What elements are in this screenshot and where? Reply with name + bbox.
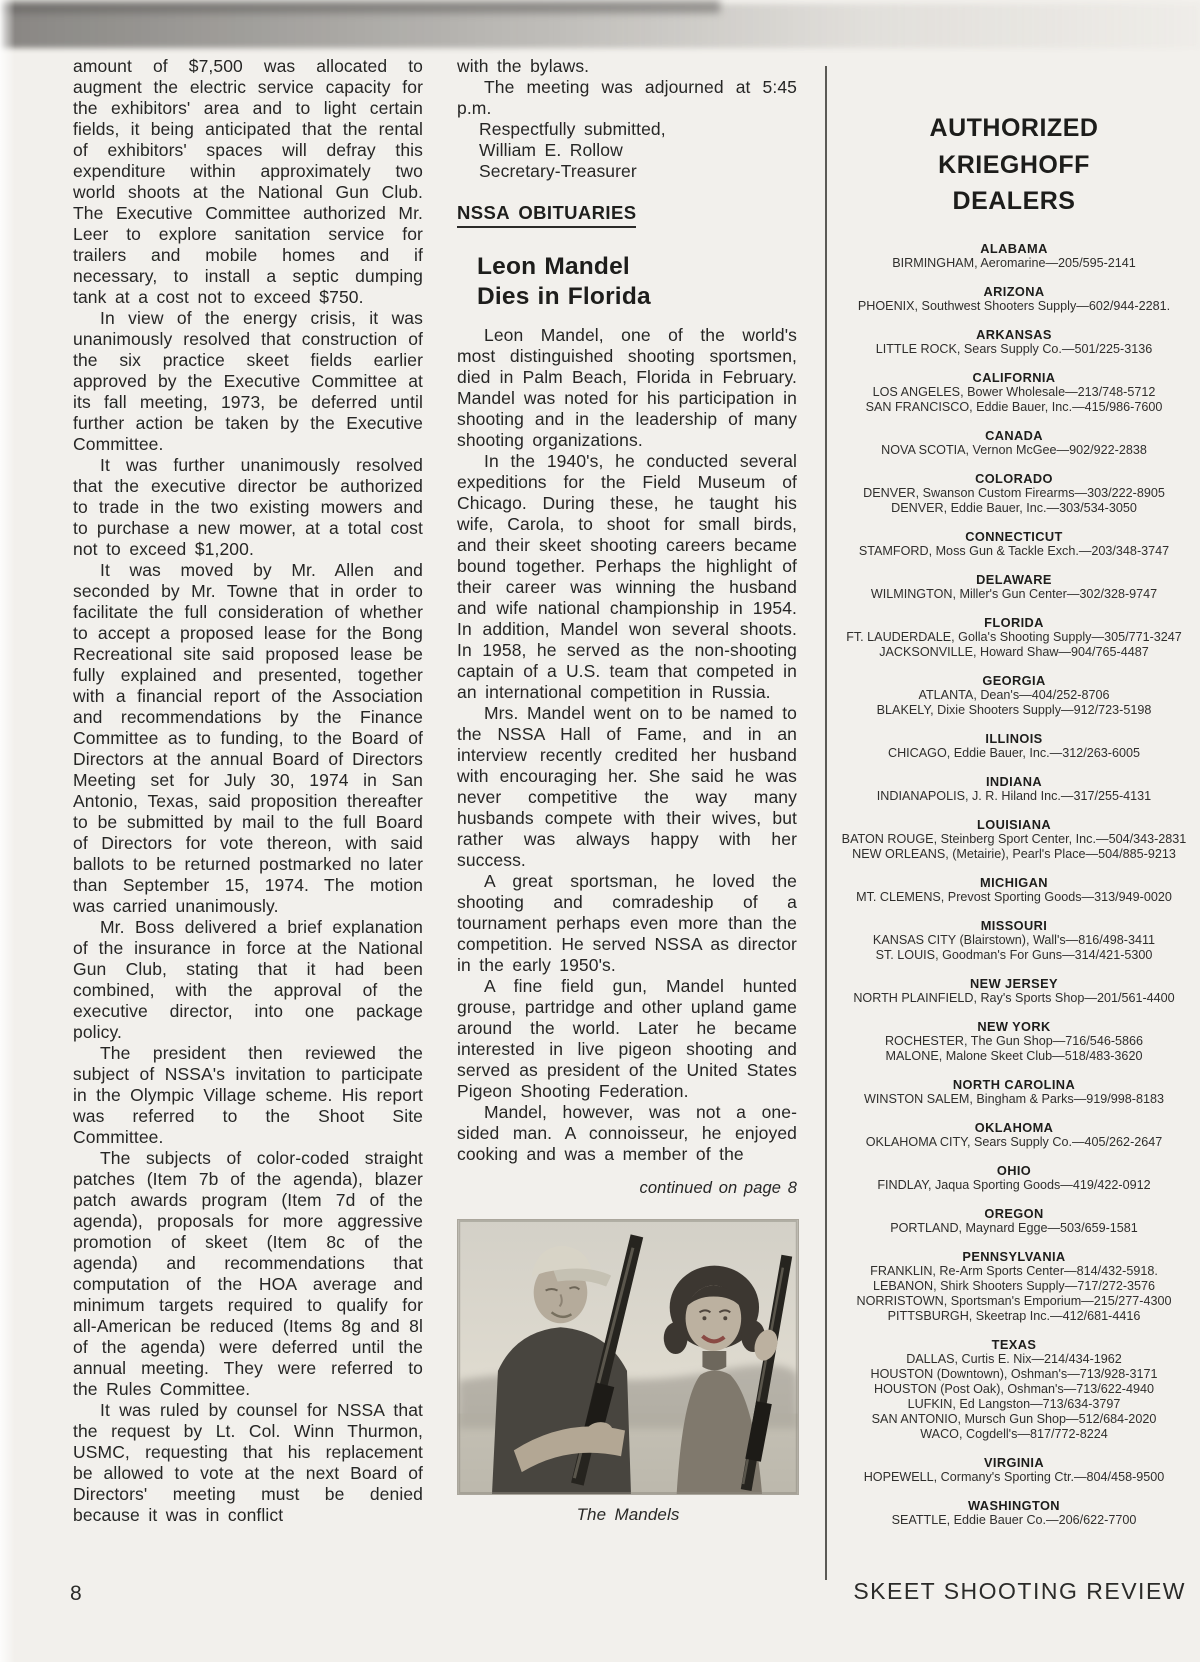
dealer-state-block: COLORADODENVER, Swanson Custom Firearms—… (836, 471, 1192, 516)
paragraph: A fine field gun, Mandel hunted grouse, … (457, 976, 797, 1102)
dealer-state-name: WASHINGTON (836, 1498, 1192, 1513)
dealer-entry: ROCHESTER, The Gun Shop—716/546-5866 (836, 1034, 1192, 1049)
dealer-entry: WACO, Cogdell's—817/772-8224 (836, 1427, 1192, 1442)
paragraph: Secretary-Treasurer (457, 161, 797, 182)
dealer-state-block: OHIOFINDLAY, Jaqua Sporting Goods—419/42… (836, 1163, 1192, 1193)
paragraph: In view of the energy crisis, it was una… (73, 308, 423, 455)
dealer-state-name: NEW JERSEY (836, 976, 1192, 991)
signature-block: Respectfully submitted,William E. Rollow… (457, 119, 797, 182)
dealer-state-block: FLORIDAFT. LAUDERDALE, Golla's Shooting … (836, 615, 1192, 660)
dealer-state-block: INDIANAINDIANAPOLIS, J. R. Hiland Inc.—3… (836, 774, 1192, 804)
dealer-state-block: LOUISIANABATON ROUGE, Steinberg Sport Ce… (836, 817, 1192, 862)
section-header-nssa-obituaries: NSSA OBITUARIES (457, 202, 797, 228)
dealer-state-name: ILLINOIS (836, 731, 1192, 746)
section-header-label: NSSA OBITUARIES (457, 202, 636, 228)
dealer-entry: JACKSONVILLE, Howard Shaw—904/765-4487 (836, 645, 1192, 660)
dealer-entry: BIRMINGHAM, Aeromarine—205/595-2141 (836, 256, 1192, 271)
photo-the-mandels: The Mandels (457, 1219, 799, 1525)
dealer-state-block: ILLINOISCHICAGO, Eddie Bauer, Inc.—312/2… (836, 731, 1192, 761)
dealer-state-block: MISSOURIKANSAS CITY (Blairstown), Wall's… (836, 918, 1192, 963)
paragraph: It was ruled by counsel for NSSA that th… (73, 1400, 423, 1526)
dealer-state-block: OKLAHOMAOKLAHOMA CITY, Sears Supply Co.—… (836, 1120, 1192, 1150)
dealer-state-block: MICHIGANMT. CLEMENS, Prevost Sporting Go… (836, 875, 1192, 905)
dealer-state-block: CALIFORNIALOS ANGELES, Bower Wholesale—2… (836, 370, 1192, 415)
dealer-entry: HOPEWELL, Cormany's Sporting Ctr.—804/45… (836, 1470, 1192, 1485)
paragraph: It was further unanimously resolved that… (73, 455, 423, 560)
dealer-entry: SAN FRANCISCO, Eddie Bauer, Inc.—415/986… (836, 400, 1192, 415)
dealer-state-name: GEORGIA (836, 673, 1192, 688)
paragraph: Leon Mandel, one of the world's most dis… (457, 325, 797, 451)
dealer-state-block: ALABAMABIRMINGHAM, Aeromarine—205/595-21… (836, 241, 1192, 271)
dealer-state-name: ALABAMA (836, 241, 1192, 256)
dealer-entry: LOS ANGELES, Bower Wholesale—213/748-571… (836, 385, 1192, 400)
dealer-state-name: CONNECTICUT (836, 529, 1192, 544)
dealer-entry: ST. LOUIS, Goodman's For Guns—314/421-53… (836, 948, 1192, 963)
continued-on-page-note: continued on page 8 (457, 1178, 797, 1199)
dealer-state-name: VIRGINIA (836, 1455, 1192, 1470)
dealer-state-name: DELAWARE (836, 572, 1192, 587)
photo-illustration (458, 1220, 798, 1494)
dealer-entry: DALLAS, Curtis E. Nix—214/434-1962 (836, 1352, 1192, 1367)
paragraph: amount of $7,500 was allocated to augmen… (73, 56, 423, 308)
dealer-entry: PHOENIX, Southwest Shooters Supply—602/9… (836, 299, 1192, 314)
dealer-state-name: LOUISIANA (836, 817, 1192, 832)
dealer-state-name: CANADA (836, 428, 1192, 443)
dealer-entry: NORTH PLAINFIELD, Ray's Sports Shop—201/… (836, 991, 1192, 1006)
dealer-entry: ATLANTA, Dean's—404/252-8706 (836, 688, 1192, 703)
dealer-entry: KANSAS CITY (Blairstown), Wall's—816/498… (836, 933, 1192, 948)
dealer-entry: FINDLAY, Jaqua Sporting Goods—419/422-09… (836, 1178, 1192, 1193)
middle-column: with the bylaws.The meeting was adjourne… (457, 56, 797, 1525)
dealer-entry: STAMFORD, Moss Gun & Tackle Exch.—203/34… (836, 544, 1192, 559)
photo-image (457, 1219, 799, 1495)
paragraph: The president then reviewed the subject … (73, 1043, 423, 1148)
dealer-state-name: CALIFORNIA (836, 370, 1192, 385)
dealer-list: ALABAMABIRMINGHAM, Aeromarine—205/595-21… (836, 241, 1192, 1528)
dealer-entry: PITTSBURGH, Skeetrap Inc.—412/681-4416 (836, 1309, 1192, 1324)
headline-line-2: Dies in Florida (477, 283, 651, 310)
dealer-state-name: ARIZONA (836, 284, 1192, 299)
dealer-state-block: PENNSYLVANIAFRANKLIN, Re-Arm Sports Cent… (836, 1249, 1192, 1324)
dealer-state-block: DELAWAREWILMINGTON, Miller's Gun Center—… (836, 572, 1192, 602)
dealers-column: AUTHORIZED KRIEGHOFF DEALERS ALABAMABIRM… (836, 110, 1192, 1541)
paragraph: Mrs. Mandel went on to be named to the N… (457, 703, 797, 871)
dealer-entry: LITTLE ROCK, Sears Supply Co.—501/225-31… (836, 342, 1192, 357)
paragraph: p.m. (457, 98, 797, 119)
article-headline: Leon Mandel Dies in Florida (477, 252, 797, 312)
magazine-title-footer: SKEET SHOOTING REVIEW (853, 1578, 1186, 1605)
dealer-entry: MALONE, Malone Skeet Club—518/483-3620 (836, 1049, 1192, 1064)
dealer-entry: NOVA SCOTIA, Vernon McGee—902/922-2838 (836, 443, 1192, 458)
paragraph: Mr. Boss delivered a brief explanation o… (73, 917, 423, 1043)
dealer-state-name: MISSOURI (836, 918, 1192, 933)
dealer-entry: PORTLAND, Maynard Egge—503/659-1581 (836, 1221, 1192, 1236)
dealer-state-name: OREGON (836, 1206, 1192, 1221)
dealer-state-block: TEXASDALLAS, Curtis E. Nix—214/434-1962H… (836, 1337, 1192, 1442)
obituary-article-body: Leon Mandel, one of the world's most dis… (457, 325, 797, 1165)
dealer-state-name: ARKANSAS (836, 327, 1192, 342)
dealer-entry: FRANKLIN, Re-Arm Sports Center—814/432-5… (836, 1264, 1192, 1279)
dealer-entry: CHICAGO, Eddie Bauer, Inc.—312/263-6005 (836, 746, 1192, 761)
paragraph: In the 1940's, he conducted several expe… (457, 451, 797, 703)
dealer-state-name: FLORIDA (836, 615, 1192, 630)
paragraph: The subjects of color-coded straight pat… (73, 1148, 423, 1400)
page-number: 8 (70, 1582, 82, 1606)
dealer-entry: HOUSTON (Post Oak), Oshman's—713/622-494… (836, 1382, 1192, 1397)
dealer-entry: SEATTLE, Eddie Bauer Co.—206/622-7700 (836, 1513, 1192, 1528)
dealer-entry: SAN ANTONIO, Mursch Gun Shop—512/684-202… (836, 1412, 1192, 1427)
dealers-title-line-2: KRIEGHOFF (836, 147, 1192, 184)
dealer-state-name: PENNSYLVANIA (836, 1249, 1192, 1264)
dealer-entry: NEW ORLEANS, (Metairie), Pearl's Place—5… (836, 847, 1192, 862)
dealer-state-block: CANADANOVA SCOTIA, Vernon McGee—902/922-… (836, 428, 1192, 458)
dealer-state-name: TEXAS (836, 1337, 1192, 1352)
dealer-state-block: ARIZONAPHOENIX, Southwest Shooters Suppl… (836, 284, 1192, 314)
dealer-entry: MT. CLEMENS, Prevost Sporting Goods—313/… (836, 890, 1192, 905)
dealer-entry: INDIANAPOLIS, J. R. Hiland Inc.—317/255-… (836, 789, 1192, 804)
dealer-state-block: NEW JERSEYNORTH PLAINFIELD, Ray's Sports… (836, 976, 1192, 1006)
dealer-entry: WILMINGTON, Miller's Gun Center—302/328-… (836, 587, 1192, 602)
paragraph: Mandel, however, was not a one-sided man… (457, 1102, 797, 1165)
dealer-entry: BLAKELY, Dixie Shooters Supply—912/723-5… (836, 703, 1192, 718)
dealer-state-name: OKLAHOMA (836, 1120, 1192, 1135)
dealer-state-block: NORTH CAROLINAWINSTON SALEM, Bingham & P… (836, 1077, 1192, 1107)
dealer-entry: DENVER, Eddie Bauer, Inc.—303/534-3050 (836, 501, 1192, 516)
column-divider-rule (825, 66, 827, 1580)
left-column-meeting-minutes: amount of $7,500 was allocated to augmen… (73, 56, 423, 1526)
magazine-page: amount of $7,500 was allocated to augmen… (0, 0, 1200, 1662)
dealer-entry: OKLAHOMA CITY, Sears Supply Co.—405/262-… (836, 1135, 1192, 1150)
headline-line-1: Leon Mandel (477, 253, 630, 280)
paragraph: with the bylaws. (457, 56, 797, 77)
dealer-state-name: COLORADO (836, 471, 1192, 486)
dealer-state-block: ARKANSASLITTLE ROCK, Sears Supply Co.—50… (836, 327, 1192, 357)
dealer-state-name: MICHIGAN (836, 875, 1192, 890)
dealers-title-line-1: AUTHORIZED (836, 110, 1192, 147)
dealer-entry: BATON ROUGE, Steinberg Sport Center, Inc… (836, 832, 1192, 847)
dealer-state-name: INDIANA (836, 774, 1192, 789)
dealer-entry: LEBANON, Shirk Shooters Supply—717/272-3… (836, 1279, 1192, 1294)
dealer-state-name: OHIO (836, 1163, 1192, 1178)
dealer-state-block: OREGONPORTLAND, Maynard Egge—503/659-158… (836, 1206, 1192, 1236)
dealer-state-block: NEW YORKROCHESTER, The Gun Shop—716/546-… (836, 1019, 1192, 1064)
dealer-state-block: GEORGIAATLANTA, Dean's—404/252-8706BLAKE… (836, 673, 1192, 718)
dealer-entry: HOUSTON (Downtown), Oshman's—713/928-317… (836, 1367, 1192, 1382)
scan-artifact-top-edge (0, 0, 720, 13)
paragraph: A great sportsman, he loved the shooting… (457, 871, 797, 976)
dealers-ad-title: AUTHORIZED KRIEGHOFF DEALERS (836, 110, 1192, 220)
dealers-title-line-3: DEALERS (836, 183, 1192, 220)
paragraph: Respectfully submitted, (457, 119, 797, 140)
dealer-entry: FT. LAUDERDALE, Golla's Shooting Supply—… (836, 630, 1192, 645)
paragraph: It was moved by Mr. Allen and seconded b… (73, 560, 423, 917)
dealer-state-block: VIRGINIAHOPEWELL, Cormany's Sporting Ctr… (836, 1455, 1192, 1485)
meeting-minutes-end: with the bylaws.The meeting was adjourne… (457, 56, 797, 119)
dealer-entry: DENVER, Swanson Custom Firearms—303/222-… (836, 486, 1192, 501)
dealer-entry: WINSTON SALEM, Bingham & Parks—919/998-8… (836, 1092, 1192, 1107)
dealer-state-name: NEW YORK (836, 1019, 1192, 1034)
dealer-state-name: NORTH CAROLINA (836, 1077, 1192, 1092)
dealer-entry: LUFKIN, Ed Langston—713/634-3797 (836, 1397, 1192, 1412)
paragraph: William E. Rollow (457, 140, 797, 161)
scan-artifact-left-edge (0, 0, 15, 1662)
paragraph: The meeting was adjourned at 5:45 (457, 77, 797, 98)
photo-caption: The Mandels (457, 1504, 799, 1525)
dealer-entry: NORRISTOWN, Sportsman's Emporium—215/277… (836, 1294, 1192, 1309)
dealer-state-block: WASHINGTONSEATTLE, Eddie Bauer Co.—206/6… (836, 1498, 1192, 1528)
dealer-state-block: CONNECTICUTSTAMFORD, Moss Gun & Tackle E… (836, 529, 1192, 559)
